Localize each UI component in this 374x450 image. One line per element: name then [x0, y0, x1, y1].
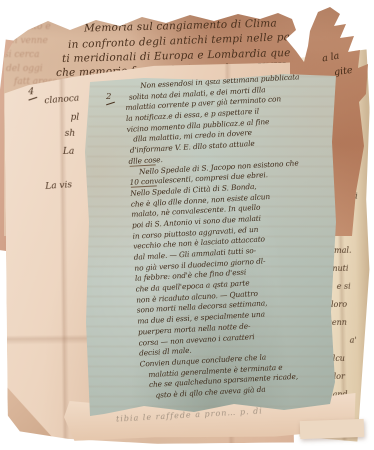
manuscript-photo: lohi t.ilmazrfo-brinoinnogran-mal.nutie …	[0, 0, 374, 450]
manuscript-body: Non essendosi in qsta settimana pubblica…	[124, 71, 344, 402]
bottom-page-sliver	[300, 419, 365, 439]
main-manuscript: 2 Non essendosi in qsta settimana pubbli…	[84, 72, 338, 424]
handwriting-fragment: gite	[333, 65, 353, 78]
handwriting-fragment: e si	[337, 282, 351, 291]
handwriting-fragment: loro	[331, 300, 347, 309]
handwriting-fragment: a la	[321, 51, 340, 65]
page-number: 2	[106, 92, 115, 104]
handwriting-fragment: clanoca	[44, 94, 80, 107]
handwriting-fragment: pl	[71, 113, 80, 123]
handwriting-fragment: La	[63, 147, 74, 157]
handwriting-fragment: a'	[350, 336, 357, 345]
handwriting-fragment: nuti	[332, 264, 348, 273]
handwriting-fragment: La vis	[45, 180, 72, 192]
handwriting-fragment: mal.	[334, 246, 352, 255]
handwriting-fragment: sh	[65, 129, 76, 139]
